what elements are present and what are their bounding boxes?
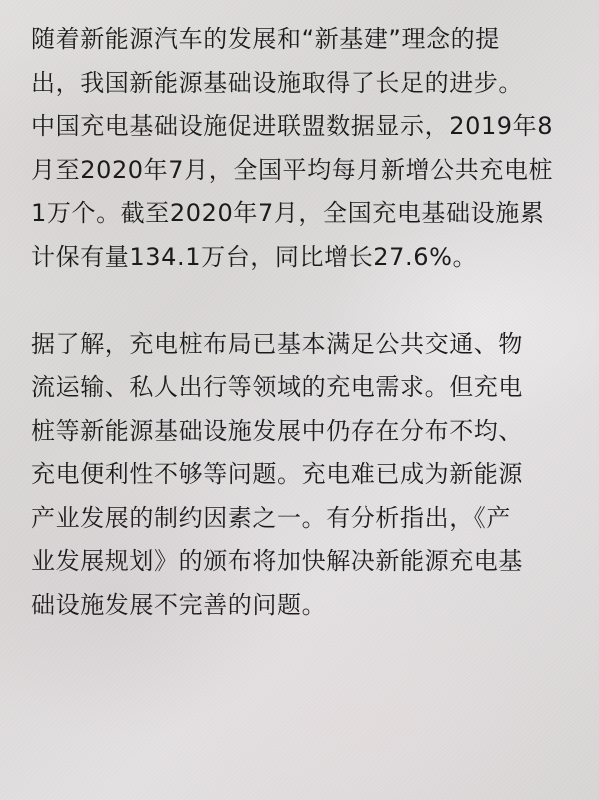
text-line: 随着新能源汽车的发展和“新基建”理念的提 xyxy=(31,18,576,62)
text-line: 流运输、私人出行等领域的充电需求。但充电 xyxy=(31,366,576,410)
article-body: 随着新能源汽车的发展和“新基建”理念的提 出，我国新能源基础设施取得了长足的进步… xyxy=(31,18,576,627)
text-line: 据了解，充电桩布局已基本满足公共交通、物 xyxy=(31,323,576,367)
paragraph-charging-challenges: 据了解，充电桩布局已基本满足公共交通、物 流运输、私人出行等领域的充电需求。但充… xyxy=(31,323,576,628)
text-line: 业发展规划》的颁布将加快解决新能源充电基 xyxy=(31,540,576,584)
text-line: 产业发展的制约因素之一。有分析指出，《产 xyxy=(31,497,576,541)
text-line: 础设施发展不完善的问题。 xyxy=(31,584,576,628)
text-line: 桩等新能源基础设施发展中仍存在分布不均、 xyxy=(31,410,576,454)
text-line: 中国充电基础设施促进联盟数据显示，2019年8 xyxy=(31,105,576,149)
text-line: 出，我国新能源基础设施取得了长足的进步。 xyxy=(31,62,576,106)
paragraph-ev-infrastructure-progress: 随着新能源汽车的发展和“新基建”理念的提 出，我国新能源基础设施取得了长足的进步… xyxy=(31,18,576,279)
text-line: 月至2020年7月，全国平均每月新增公共充电桩 xyxy=(31,149,576,193)
text-line: 充电便利性不够等问题。充电难已成为新能源 xyxy=(31,453,576,497)
text-line: 计保有量134.1万台，同比增长27.6%。 xyxy=(31,236,576,280)
text-line: 1万个。截至2020年7月，全国充电基础设施累 xyxy=(31,192,576,236)
